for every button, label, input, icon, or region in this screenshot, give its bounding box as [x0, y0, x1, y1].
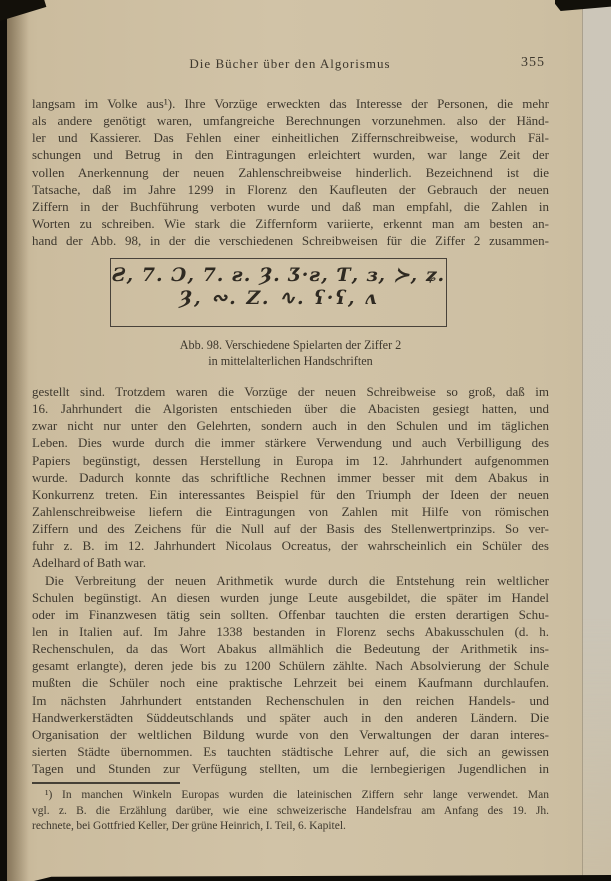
text-line: Tatsache, daß im Jahre 1299 in Florenz d…	[32, 181, 549, 198]
text-line: gesamt erlangte), deren jede bis zu 1200…	[32, 657, 549, 674]
text-line: Ziffern und des Zeichens für die Null au…	[32, 520, 549, 537]
figure-glyph-row-1: Ƨ, 7. Ɔ, 7. ƨ. Ȝ. Ʒ·ƨ, Ƭ, ɜ, ≻, ʑ.	[111, 264, 446, 286]
text-line: Tagen und Stunden zur Verfügung stellten…	[32, 760, 549, 777]
footnote: ¹) In manchen Winkeln Europas wurden die…	[32, 788, 549, 835]
text-line: Adelhard of Bath war.	[32, 554, 549, 571]
text-line: ler und Kassierer. Das Fehlen einer einh…	[32, 129, 549, 146]
page-edge-right	[582, 0, 611, 881]
paragraph-schreibweise: gestellt sind. Trotzdem waren die Vorzüg…	[32, 383, 549, 572]
text-line: Rechenschulen, da das Wort Abakus allmäh…	[32, 640, 549, 657]
text-line: Die Verbreitung der neuen Arithmetik wur…	[32, 572, 549, 589]
text-line: Im nächsten Jahrhundert entstanden Reche…	[32, 692, 549, 709]
text-line: vgl. z. B. die Erzählung darüber, wie ei…	[32, 804, 549, 820]
text-line: fuhr z. B. im 12. Jahrhundert Nicolaus O…	[32, 537, 549, 554]
figure-abb98: Ƨ, 7. Ɔ, 7. ƨ. Ȝ. Ʒ·ƨ, Ƭ, ɜ, ≻, ʑ. Ȝ, ∾.…	[110, 258, 447, 327]
text-line: vollen Anerkennung der neuen Zahlenschre…	[32, 164, 549, 181]
text-line: Leben. Dies wurde durch die immer stärke…	[32, 434, 549, 451]
figure-caption-line2: in mittelalterlichen Handschriften	[32, 354, 549, 370]
text-line: wurde. Dadurch konnte das schriftliche R…	[32, 469, 549, 486]
text-line: Zahlenschreibweise liefern die Eintragun…	[32, 503, 549, 520]
text-line: Schulen begünstigt. An diesen wurden jun…	[32, 589, 549, 606]
footnote-rule	[32, 782, 180, 784]
main-text-flow: gestellt sind. Trotzdem waren die Vorzüg…	[32, 383, 549, 835]
text-line: hand der Abb. 98, in der die verschieden…	[32, 232, 549, 249]
text-line: gestellt sind. Trotzdem waren die Vorzüg…	[32, 383, 549, 400]
text-line: langsam im Volke aus¹). Ihre Vorzüge erw…	[32, 95, 549, 112]
scanned-book-page: Die Bücher über den Algorismus 355 langs…	[0, 0, 611, 881]
text-line: mußten die Schüler noch eine praktische …	[32, 674, 549, 691]
text-line: Konkurrenz treten. Ein interessantes Bei…	[32, 486, 549, 503]
text-line: 16. Jahrhundert die Algoristen entschied…	[32, 400, 549, 417]
figure-caption-line1: Abb. 98. Verschiedene Spielarten der Zif…	[32, 338, 549, 354]
text-line: als andere genötigt waren, umfangreiche …	[32, 112, 549, 129]
spine-shadow	[7, 0, 29, 881]
running-head: Die Bücher über den Algorismus	[0, 56, 580, 72]
figure-caption: Abb. 98. Verschiedene Spielarten der Zif…	[32, 338, 549, 369]
text-line: Organisation der weltlichen Bildung wurd…	[32, 726, 549, 743]
text-line: Worten zu schreiben. Wie stark die Ziffe…	[32, 215, 549, 232]
scan-edge-bottom	[34, 875, 611, 881]
text-line: schungen und Betrug in den Eintragungen …	[32, 146, 549, 163]
text-line: zwar nicht nur unter den Gelehrten, sond…	[32, 417, 549, 434]
text-line: ¹) In manchen Winkeln Europas wurden die…	[32, 788, 549, 804]
text-line: len in Italien auf. Im Jahre 1338 bestan…	[32, 623, 549, 640]
text-line: sierten Städte übernommen. Es tauchten s…	[32, 743, 549, 760]
figure-glyph-row-2: Ȝ, ∾. Z. ∿. ʕ·ʕ, ʌ	[111, 287, 446, 309]
paragraph-verbreitung: Die Verbreitung der neuen Arithmetik wur…	[32, 572, 549, 778]
scan-edge-left	[0, 0, 7, 881]
paragraph-intro: langsam im Volke aus¹). Ihre Vorzüge erw…	[32, 95, 549, 249]
text-line: Handwerkerstädten Süddeutschlands und sp…	[32, 709, 549, 726]
page-number: 355	[521, 55, 545, 71]
text-line: Ziffern in der Buchführung verboten wurd…	[32, 198, 549, 215]
text-line: rechnete, bei Gottfried Keller, Der grün…	[32, 819, 549, 835]
text-line: Papiers begünstigt, dessen Herstellung i…	[32, 452, 549, 469]
text-line: oder im Finanzwesen tätig sein sollten. …	[32, 606, 549, 623]
